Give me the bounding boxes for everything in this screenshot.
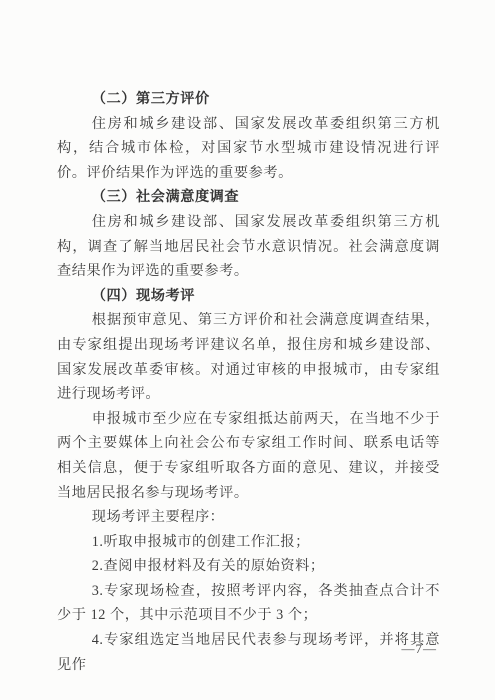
body-paragraph: 住房和城乡建设部、国家发展改革委组织第三方机构，调查了解当地居民社会节水意识情况… [57, 210, 440, 284]
body-paragraph: 现场考评主要程序： [57, 505, 440, 530]
section-heading-3: （三）社会满意度调查 [57, 185, 440, 210]
body-paragraph: 根据预审意见、第三方评价和社会满意度调查结果，由专家组提出现场考评建议名单，报住… [57, 308, 440, 406]
body-paragraph: 住房和城乡建设部、国家发展改革委组织第三方机构，结合城市体检，对国家节水型城市建… [57, 112, 440, 186]
page-content: （二）第三方评价 住房和城乡建设部、国家发展改革委组织第三方机构，结合城市体检，… [57, 87, 440, 677]
section-heading-4: （四）现场考评 [57, 284, 440, 309]
page-number: —7— [402, 641, 438, 657]
list-item-2: 2.查阅申报材料及有关的原始资料； [57, 554, 440, 579]
list-item-1: 1.听取申报城市的创建工作汇报； [57, 530, 440, 555]
document-page: （二）第三方评价 住房和城乡建设部、国家发展改革委组织第三方机构，结合城市体检，… [0, 0, 495, 700]
body-paragraph: 申报城市至少应在专家组抵达前两天，在当地不少于两个主要媒体上向社会公布专家组工作… [57, 407, 440, 505]
section-heading-2: （二）第三方评价 [57, 87, 440, 112]
list-item-4: 4.专家组选定当地居民代表参与现场考评，并将其意见作 [57, 628, 440, 677]
list-item-3: 3.专家现场检查，按照考评内容，各类抽查点合计不少于 12 个，其中示范项目不少… [57, 579, 440, 628]
